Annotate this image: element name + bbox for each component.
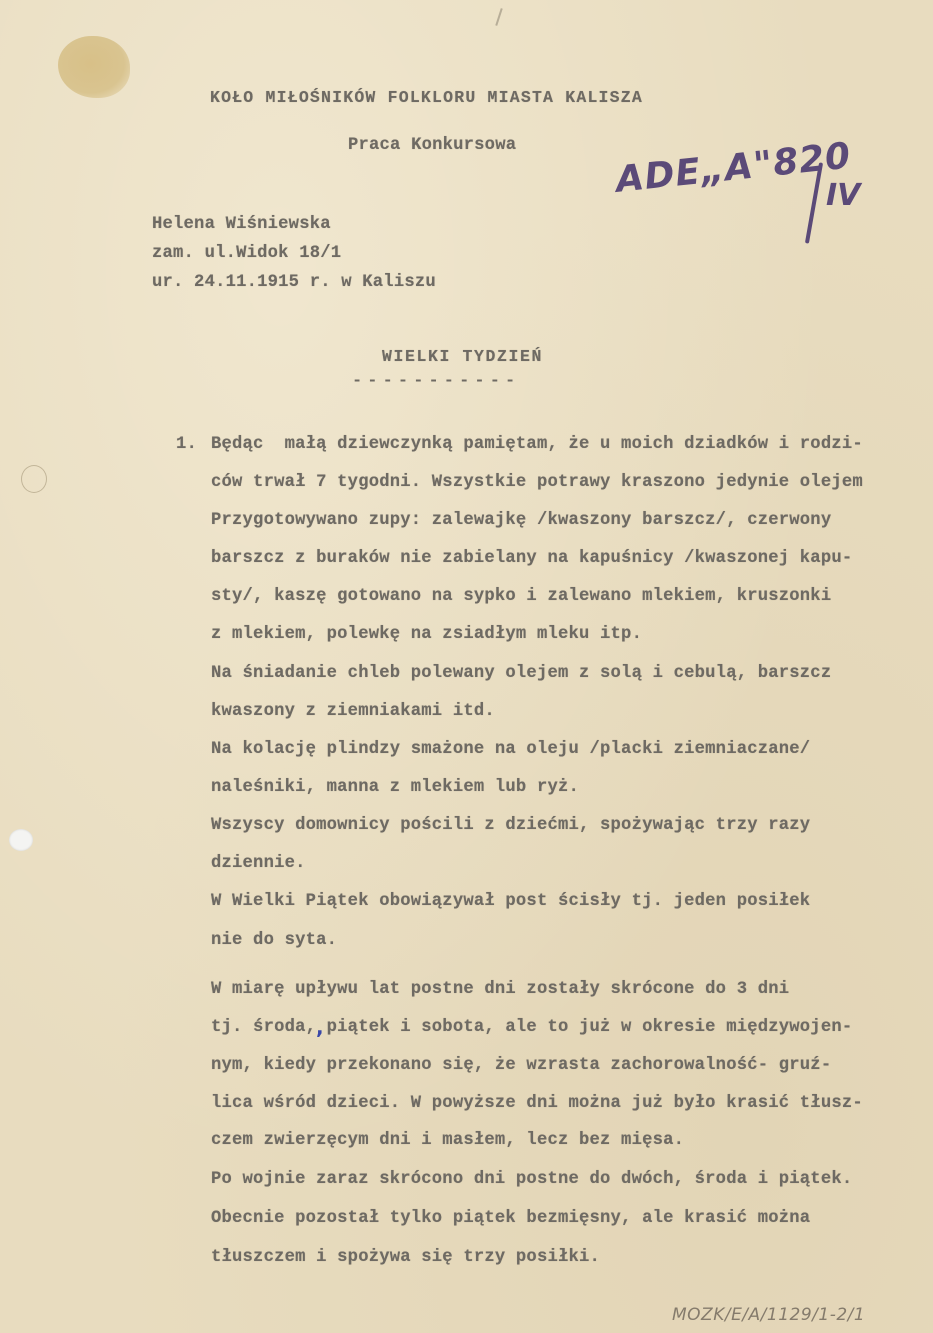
- body-line-15: W miarę upływu lat postne dni zostały sk…: [211, 980, 789, 999]
- body-line-11: Wszyscy domownicy pościli z dziećmi, spo…: [211, 816, 810, 835]
- body-line-17: nym, kiedy przekonano się, że wzrasta za…: [211, 1056, 831, 1075]
- document-page: KOŁO MIŁOŚNIKÓW FOLKLORU MIASTA KALISZA …: [0, 0, 933, 1333]
- body-line-3: Przygotowywano zupy: zalewajkę /kwaszony…: [211, 511, 831, 530]
- body-line-10: naleśniki, manna z mlekiem lub ryż.: [211, 778, 579, 797]
- author-name: Helena Wiśniewska: [152, 215, 331, 234]
- punch-hole-outline: [21, 465, 47, 493]
- body-line-2: ców trwał 7 tygodni. Wszystkie potrawy k…: [211, 473, 863, 492]
- section-number: 1.: [176, 435, 197, 454]
- body-line-12: dziennie.: [211, 854, 306, 873]
- author-birth: ur. 24.11.1915 r. w Kaliszu: [152, 273, 436, 292]
- body-line-6: z mlekiem, polewkę na zsiadłym mleku itp…: [211, 625, 642, 644]
- archive-reference: MOZK/E/A/1129/1-2/1: [672, 1305, 865, 1325]
- document-subtitle: Praca Konkursowa: [348, 136, 516, 155]
- body-line-1: Będąc małą dziewczynką pamiętam, że u mo…: [211, 435, 863, 454]
- punch-hole: [9, 829, 33, 851]
- body-line-14: nie do syta.: [211, 931, 337, 950]
- author-address: zam. ul.Widok 18/1: [152, 244, 341, 263]
- body-line-19: czem zwierzęcym dni i masłem, lecz bez m…: [211, 1131, 684, 1150]
- organization-header: KOŁO MIŁOŚNIKÓW FOLKLORU MIASTA KALISZA: [210, 88, 643, 107]
- document-title: WIELKI TYDZIEŃ: [382, 347, 543, 366]
- body-line-8: kwaszony z ziemniakami itd.: [211, 702, 495, 721]
- body-line-4: barszcz z buraków nie zabielany na kapuś…: [211, 549, 852, 568]
- body-line-18: lica wśród dzieci. W powyższe dni można …: [211, 1094, 863, 1113]
- body-line-13: W Wielki Piątek obowiązywał post ścisły …: [211, 892, 810, 911]
- body-line-9: Na kolację plindzy smażone na oleju /pla…: [211, 740, 810, 759]
- title-underline: -----------: [352, 372, 520, 391]
- roman-numeral-annotation: IV: [826, 178, 860, 213]
- body-line-5: sty/, kaszę gotowano na sypko i zalewano…: [211, 587, 831, 606]
- body-line-21: Obecnie pozostał tylko piątek bezmięsny,…: [211, 1209, 810, 1228]
- paper-mark: [495, 8, 502, 26]
- body-line-7: Na śniadanie chleb polewany olejem z sol…: [211, 664, 831, 683]
- body-line-16: tj. środa, piątek i sobota, ale to już w…: [211, 1018, 852, 1037]
- paper-stain: [58, 36, 130, 98]
- body-line-22: tłuszczem i spożywa się trzy posiłki.: [211, 1248, 600, 1267]
- body-line-20: Po wojnie zaraz skrócono dni postne do d…: [211, 1170, 852, 1189]
- handwritten-correction: ,: [316, 1015, 324, 1039]
